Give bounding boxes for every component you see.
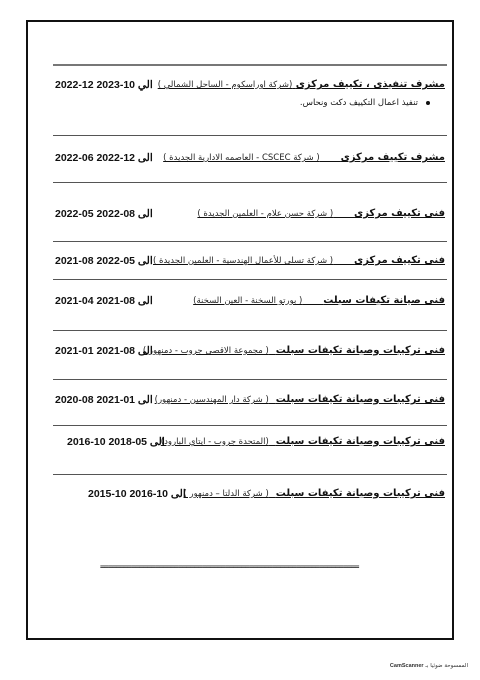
- date-range: 2016-10 الى 05-2018: [67, 432, 165, 452]
- separator-line: [53, 425, 447, 426]
- date-range: 2022-05 الى 08-2022: [55, 204, 153, 224]
- bullet-dot-icon: [426, 101, 430, 105]
- job-title: فنى صيانة تكيفات سبلت ( بورتو السخنة - ا…: [193, 291, 445, 311]
- separator-line: [53, 279, 447, 280]
- company-location: ( شركة CSCEC - العاصمه الادارية الجديدة …: [163, 153, 320, 163]
- separator-line: [53, 64, 447, 66]
- separator-line: [53, 330, 447, 331]
- separator-line: [53, 182, 447, 183]
- date-range: 2022-06 الى 12-2022: [55, 148, 153, 168]
- experience-entry: فنى تركيبات وصيانة تكيفات سبلت ( شركة دا…: [55, 390, 445, 410]
- company-location: ( مجموعة الاقصى جروب - دمنهور ): [143, 346, 269, 356]
- date-range: 2020-08 الى 01-2021: [55, 390, 153, 410]
- experience-entry: فنى تكييف مركزى ( شركة حسن علام - العلمي…: [55, 204, 445, 224]
- experience-entry: مشرف تكييف مركزى ( شركة CSCEC - العاصمه …: [55, 148, 445, 168]
- date-range: 2022-12 الي 10-20232022-12 الي 10-2023: [55, 75, 153, 95]
- separator-line: [53, 135, 447, 136]
- experience-entry: فنى تركيبات وصيانة تكيفات سبلت (المتحدة …: [55, 432, 445, 452]
- experience-entry: فنى صيانة تكيفات سبلت ( بورتو السخنة - ا…: [55, 291, 445, 311]
- experience-entry: مشرف تنفيذى ، تكييف مركزى (شركة اوراسكوم…: [55, 75, 445, 95]
- camscanner-watermark: الممسوحة ضوئيا بـ CamScanner: [390, 663, 468, 669]
- job-title: فنى تكييف مركزى ( شركة حسن علام - العلمي…: [197, 204, 445, 224]
- experience-entry: فنى تركيبات وصيانة تكيفات سبلت ( شركة ال…: [55, 484, 445, 504]
- experience-entry: فنى تكييف مركزى ( شركة تسلى للأعمال الهن…: [55, 251, 445, 271]
- separator-line: [53, 379, 447, 380]
- equals-divider: ========================================…: [100, 562, 387, 571]
- job-title: فنى تركيبات وصيانة تكيفات سبلت ( مجموعة …: [143, 341, 445, 361]
- date-range: 2021-08 الى 05-2022: [55, 251, 153, 271]
- job-title: مشرف تنفيذى ، تكييف مركزى (شركة اوراسكوم…: [158, 75, 445, 95]
- company-location: ( شركة حسن علام - العلمين الجديدة ): [197, 209, 333, 219]
- date-range: 2021-04 الى 08-2021: [55, 291, 153, 311]
- company-location: ( شركة تسلى للأعمال الهندسية - العلمين ا…: [153, 256, 333, 266]
- job-title: فنى تركيبات وصيانة تكيفات سبلت ( شركة دا…: [155, 390, 445, 410]
- separator-line: [53, 241, 447, 242]
- separator-line: [53, 474, 447, 475]
- job-title: فنى تكييف مركزى ( شركة تسلى للأعمال الهن…: [153, 251, 445, 271]
- bullet-item: تنفيذ اعمال التكييف دكت ونحاس.: [300, 98, 430, 108]
- company-location: ( شركة الدلتا – دمنهور ): [184, 489, 269, 499]
- job-title: فنى تركيبات وصيانة تكيفات سبلت ( شركة ال…: [184, 484, 445, 504]
- experience-entry: فنى تركيبات وصيانة تكيفات سبلت ( مجموعة …: [55, 341, 445, 361]
- company-location: (شركة اوراسكوم - الساحل الشمالي ): [158, 80, 293, 90]
- company-location: ( بورتو السخنة - العين السخنة): [193, 296, 302, 306]
- date-range: 2015-10 الى 10-2016: [88, 484, 186, 504]
- job-title: مشرف تكييف مركزى ( شركة CSCEC - العاصمه …: [163, 148, 445, 168]
- company-location: ( شركة دار المهندسين - دمنهور): [155, 395, 269, 405]
- date-range: 2021-01 الى 08-2021: [55, 341, 153, 361]
- job-title: فنى تركيبات وصيانة تكيفات سبلت (المتحدة …: [161, 432, 445, 452]
- company-location: (المتحدة جروب - ايتاي البارود): [161, 437, 269, 447]
